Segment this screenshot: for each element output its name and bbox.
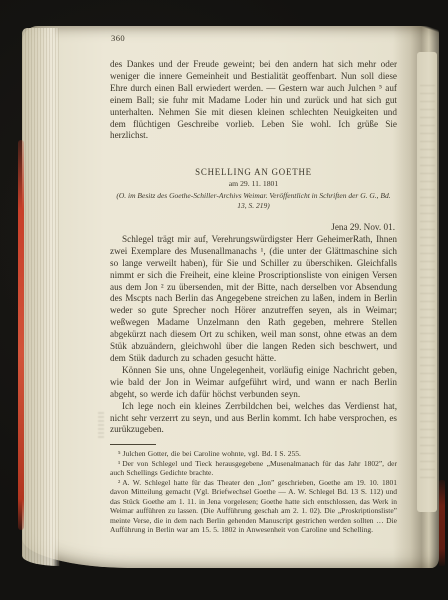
photo-corner-top-right (402, 0, 448, 76)
letter-dateline: Jena 29. Nov. 01. (110, 222, 397, 232)
footnote-rule (110, 444, 156, 445)
letter-heading-block: SCHELLING AN GOETHE am 29. 11. 1801 (O. … (110, 167, 397, 210)
printed-page-content: 360 des Dankes und der Freude geweint; b… (110, 26, 397, 535)
opening-paragraph: des Dankes und der Freude geweint; bei d… (110, 59, 397, 142)
letter-paragraph: Ich lege noch ein kleines Zerrbildchen b… (110, 401, 397, 437)
letter-body: Schlegel trägt mir auf, Verehrungswürdig… (110, 234, 397, 436)
red-cover-edge-left (18, 140, 24, 530)
letter-heading: SCHELLING AN GOETHE (110, 167, 397, 177)
letter-source-note: (O. im Besitz des Goethe-Schiller-Archiv… (110, 191, 397, 210)
margin-smudge (98, 412, 104, 440)
footnote-text: Der von Schlegel und Tieck herausgegeben… (110, 459, 397, 478)
footnote-text: Julchen Gotter, die bei Caroline wohnte,… (123, 449, 301, 458)
letter-heading-date: am 29. 11. 1801 (110, 179, 397, 188)
photo-corner-bottom-right (408, 548, 448, 600)
letter-paragraph: Schlegel trägt mir auf, Verehrungswürdig… (110, 234, 397, 365)
page-number: 360 (111, 33, 397, 43)
facing-page-ghost-text (420, 82, 435, 482)
footnote: ⁵Julchen Gotter, die bei Caroline wohnte… (110, 449, 397, 459)
page-stack-edge (22, 28, 60, 566)
footnote: ²A. W. Schlegel hatte für das Theater de… (110, 478, 397, 535)
letter-paragraph: Können Sie uns, ohne Ungelegenheit, vorl… (110, 365, 397, 401)
footnotes-block: ⁵Julchen Gotter, die bei Caroline wohnte… (110, 449, 397, 535)
photo-background: 360 des Dankes und der Freude geweint; b… (0, 0, 448, 600)
footnote-text: A. W. Schlegel hatte für das Theater den… (110, 478, 397, 535)
footnote: ¹Der von Schlegel und Tieck herausgegebe… (110, 459, 397, 478)
